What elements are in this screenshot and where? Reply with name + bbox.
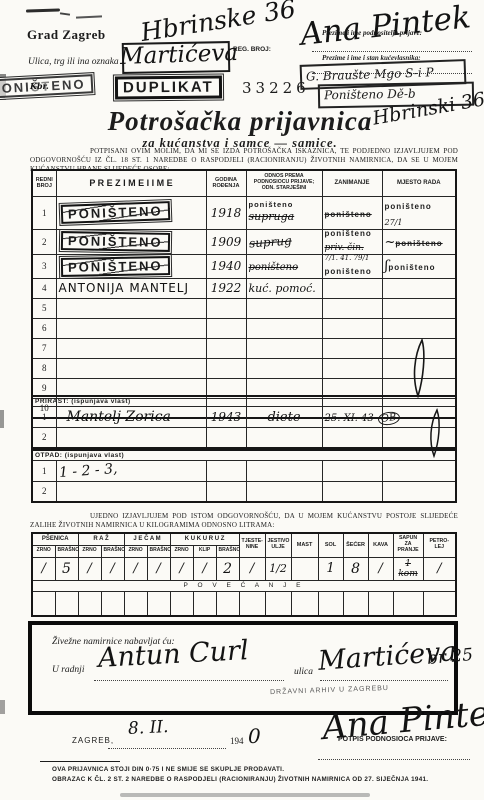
relation-entry: poništeno: [249, 262, 299, 273]
scan-artifact: [120, 793, 370, 797]
col-sol: SOL: [318, 533, 343, 557]
prirast-year: 1943: [206, 406, 246, 427]
street-stamp-value: Martićeva: [120, 40, 239, 70]
year-entry: 1918: [206, 196, 246, 229]
col-header-work: MJESTO RADA: [382, 170, 456, 196]
pen-flourish: [408, 338, 432, 400]
col-tjestenine: TJESTE-NINE: [239, 533, 265, 557]
prirast-label: PRIRAST: (ispunjava vlast): [32, 396, 456, 406]
name-entry: ANTONIJA MANTELJ: [59, 281, 190, 295]
supply-value: /: [124, 557, 147, 580]
supply-value: /: [193, 557, 216, 580]
date-line: [108, 747, 226, 749]
scan-artifact: [0, 410, 4, 428]
table-row: 2: [32, 481, 456, 502]
group-jecam: J E Č A M: [124, 533, 170, 545]
sub-klip: KLIP: [193, 545, 216, 557]
sub-brasno: BRAŠNO: [147, 545, 170, 557]
supply-value: /: [32, 557, 55, 580]
table-row: 1 Mantelj Zorica 1943 diete 25. XI. 43 O…: [32, 406, 456, 427]
signature-line: [318, 758, 470, 760]
relation-entry: kuć. pomoć.: [249, 282, 316, 295]
archive-stamp: DRŽAVNI ARHIV U ZAGREBU: [270, 685, 389, 696]
shop-signature: Antun Curl: [97, 635, 249, 674]
prirast-name: Mantelj Zorica: [67, 409, 171, 425]
ponisteno-print: poništeno: [388, 263, 435, 272]
supplies-empty-row: [32, 591, 456, 616]
sub-brasno: BRAŠNO: [216, 545, 239, 557]
footer-note-1: OVA PRIJAVNICA STOJI DIN 0·75 I NE SMIJE…: [52, 766, 284, 773]
city-date-label: ZAGREB,: [72, 736, 114, 745]
supply-value: /: [78, 557, 101, 580]
supply-value: /: [147, 557, 170, 580]
supply-value: 1 kom: [393, 557, 423, 580]
scan-artifact: [0, 700, 5, 714]
kbr-note: Kbr.: [30, 81, 49, 91]
pen-dash: [26, 8, 60, 12]
footer-rule: [40, 761, 120, 762]
ponisteno-print: poništeno: [395, 239, 442, 248]
ponisteno-print: poništeno: [385, 202, 432, 211]
shop-line: [94, 679, 284, 681]
year-entry: 1909: [206, 229, 246, 254]
applicant-signature: Ana Pintek: [299, 0, 473, 53]
supplies-table: PŠENICA R A Ž J E Č A M K U K U R U Z TJ…: [31, 532, 457, 617]
street-line: [320, 679, 448, 681]
col-header-relation: ODNOS PREMA PODNOSIOCU PRIJAVE; ODN. STA…: [246, 170, 322, 196]
ponisteno-stamp: PONIŠTENO: [60, 256, 169, 277]
year-handwritten: 0: [248, 724, 261, 748]
ponisteno-print: poništeno: [325, 210, 372, 219]
shop-label: U radnji: [52, 665, 84, 675]
occupation-entry: 7/1. 41. 79/1: [325, 255, 380, 262]
city-name: Grad Zagreb: [27, 27, 106, 43]
reg-number-label: REG. BROJ:: [233, 46, 271, 53]
table-row: 7: [32, 338, 456, 358]
supply-value: /: [239, 557, 265, 580]
supply-value: [291, 557, 318, 580]
group-raz: R A Ž: [78, 533, 124, 545]
col-header-num: REDNI BROJ: [32, 170, 56, 196]
supply-value: 5: [55, 557, 78, 580]
otpad-table: OTPAD: (ispunjava vlast) 1 1 - 2 - 3, 2: [31, 449, 457, 503]
col-kava: KAVA: [368, 533, 393, 557]
declaration-2: UJEDNO IZJAVLJUJEM POD ISTOM ODGOVORNOŠĆ…: [30, 512, 458, 531]
ponisteno-stamp: PONIŠTENO: [60, 231, 169, 252]
street-label-bottom: ulica: [294, 667, 313, 677]
supplies-values-row: / 5 / / / / / / 2 / 1/2 1 8 / 1 kom /: [32, 557, 456, 580]
col-petrolej: PETRO-LEJ: [423, 533, 456, 557]
ponisteno-print: poništeno: [325, 230, 380, 238]
scanned-form: Grad Zagreb Hbrinske 36 Ulica, trg ili i…: [0, 0, 484, 800]
prirast-date: 25. XI. 43: [325, 413, 374, 424]
sub-zrno: ZRNO: [124, 545, 147, 557]
table-row: 4 ANTONIJA MANTELJ 1922 kuć. pomoć.: [32, 278, 456, 298]
year-entry: 1922: [206, 278, 246, 298]
group-psenica: PŠENICA: [32, 533, 78, 545]
ponisteno-print: poništeno: [249, 201, 320, 209]
work-entry: 27/1: [385, 218, 403, 227]
year-print: 194: [230, 736, 244, 746]
year-entry: 1940: [206, 254, 246, 278]
street-number: br 25: [426, 645, 474, 669]
ponisteno-stamp: PONIŠTENO: [60, 201, 169, 224]
table-row: 5: [32, 298, 456, 318]
col-secer: ŠEĆER: [343, 533, 368, 557]
supply-value: 8: [343, 557, 368, 580]
street-label: Ulica, trg ili ina oznaka: [28, 57, 119, 67]
ponisteno-print: poništeno: [325, 267, 372, 276]
prirast-relation: diete: [267, 410, 300, 425]
table-row: 1 PONIŠTENO 1918 poništenosupruga poništ…: [32, 196, 456, 229]
col-header-name: P R E Z I M E I I M E: [56, 170, 206, 196]
relation-entry: suprug: [248, 233, 292, 250]
pen-dash: [76, 15, 102, 18]
table-row: 2: [32, 427, 456, 448]
sub-brasno: BRAŠNO: [101, 545, 124, 557]
otpad-note: 1 - 2 - 3,: [58, 460, 117, 480]
table-row: 6: [32, 318, 456, 338]
supply-value: /: [368, 557, 393, 580]
col-ulje: JESTIVO ULJE: [265, 533, 291, 557]
supply-value: 2: [216, 557, 239, 580]
pen-dash: [60, 12, 70, 15]
col-mast: MAST: [291, 533, 318, 557]
group-kukuruz: K U K U R U Z: [170, 533, 239, 545]
household-table: REDNI BROJ P R E Z I M E I I M E GODINA …: [31, 169, 457, 419]
prirast-table: PRIRAST: (ispunjava vlast) 1 Mantelj Zor…: [31, 395, 457, 449]
date-handwritten: 8. II.: [128, 717, 169, 739]
table-row: 1 1 - 2 - 3,: [32, 460, 456, 481]
col-sapun: SAPUN ZA PRANJE: [393, 533, 423, 557]
supply-value: /: [170, 557, 193, 580]
occupation-entry: priv. čin.: [325, 243, 364, 253]
supply-value: 1: [318, 557, 343, 580]
supply-value: /: [101, 557, 124, 580]
applicant-line: [312, 50, 472, 52]
sub-zrno: ZRNO: [78, 545, 101, 557]
relation-entry: supruga: [249, 210, 295, 223]
duplikat-stamp: DUPLIKAT: [115, 76, 222, 100]
table-row: 2 PONIŠTENO 1909 suprug poništenopriv. č…: [32, 229, 456, 254]
table-row: 8: [32, 358, 456, 378]
increase-band: P O V E Ć A N J E: [32, 580, 456, 591]
footer-note-2: OBRAZAC K ČL. 2 ST. 2 NAREDBE O RASPODJE…: [52, 776, 428, 783]
sub-brasno: BRAŠNO: [55, 545, 78, 557]
otpad-label: OTPAD: (ispunjava vlast): [32, 450, 456, 460]
supply-value: /: [423, 557, 456, 580]
sub-zrno: ZRNO: [170, 545, 193, 557]
sub-zrno: ZRNO: [32, 545, 55, 557]
col-header-occupation: ZANIMANJE: [322, 170, 382, 196]
table-row: 3 PONIŠTENO 1940 poništeno 7/1. 41. 79/1…: [32, 254, 456, 278]
col-header-year: GODINA ROĐENJA: [206, 170, 246, 196]
supply-value: 1/2: [265, 557, 291, 580]
